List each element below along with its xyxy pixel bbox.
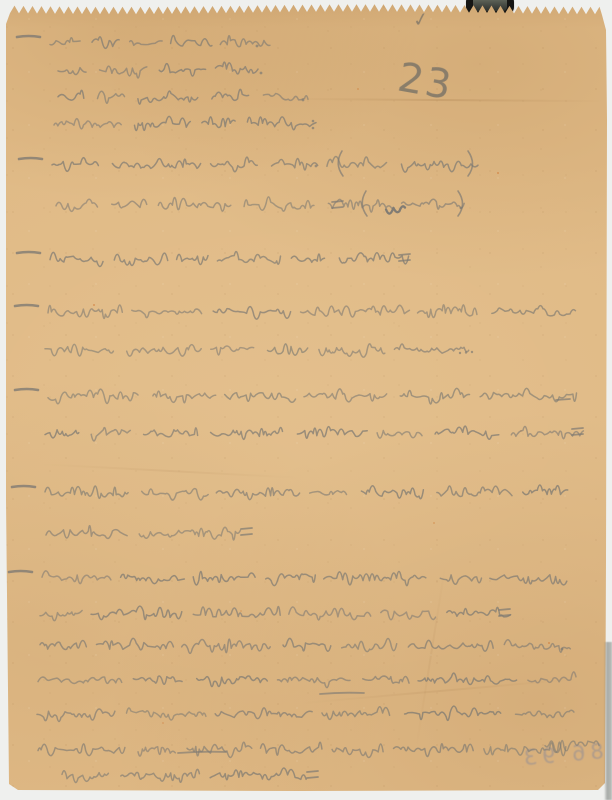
- paper-sheet: ✓ 23 86 93: [0, 0, 612, 800]
- scanned-page: ✓ 23 86 93: [0, 0, 612, 800]
- handwriting-strokes: [0, 0, 612, 800]
- scan-edge-shadow: [604, 642, 612, 800]
